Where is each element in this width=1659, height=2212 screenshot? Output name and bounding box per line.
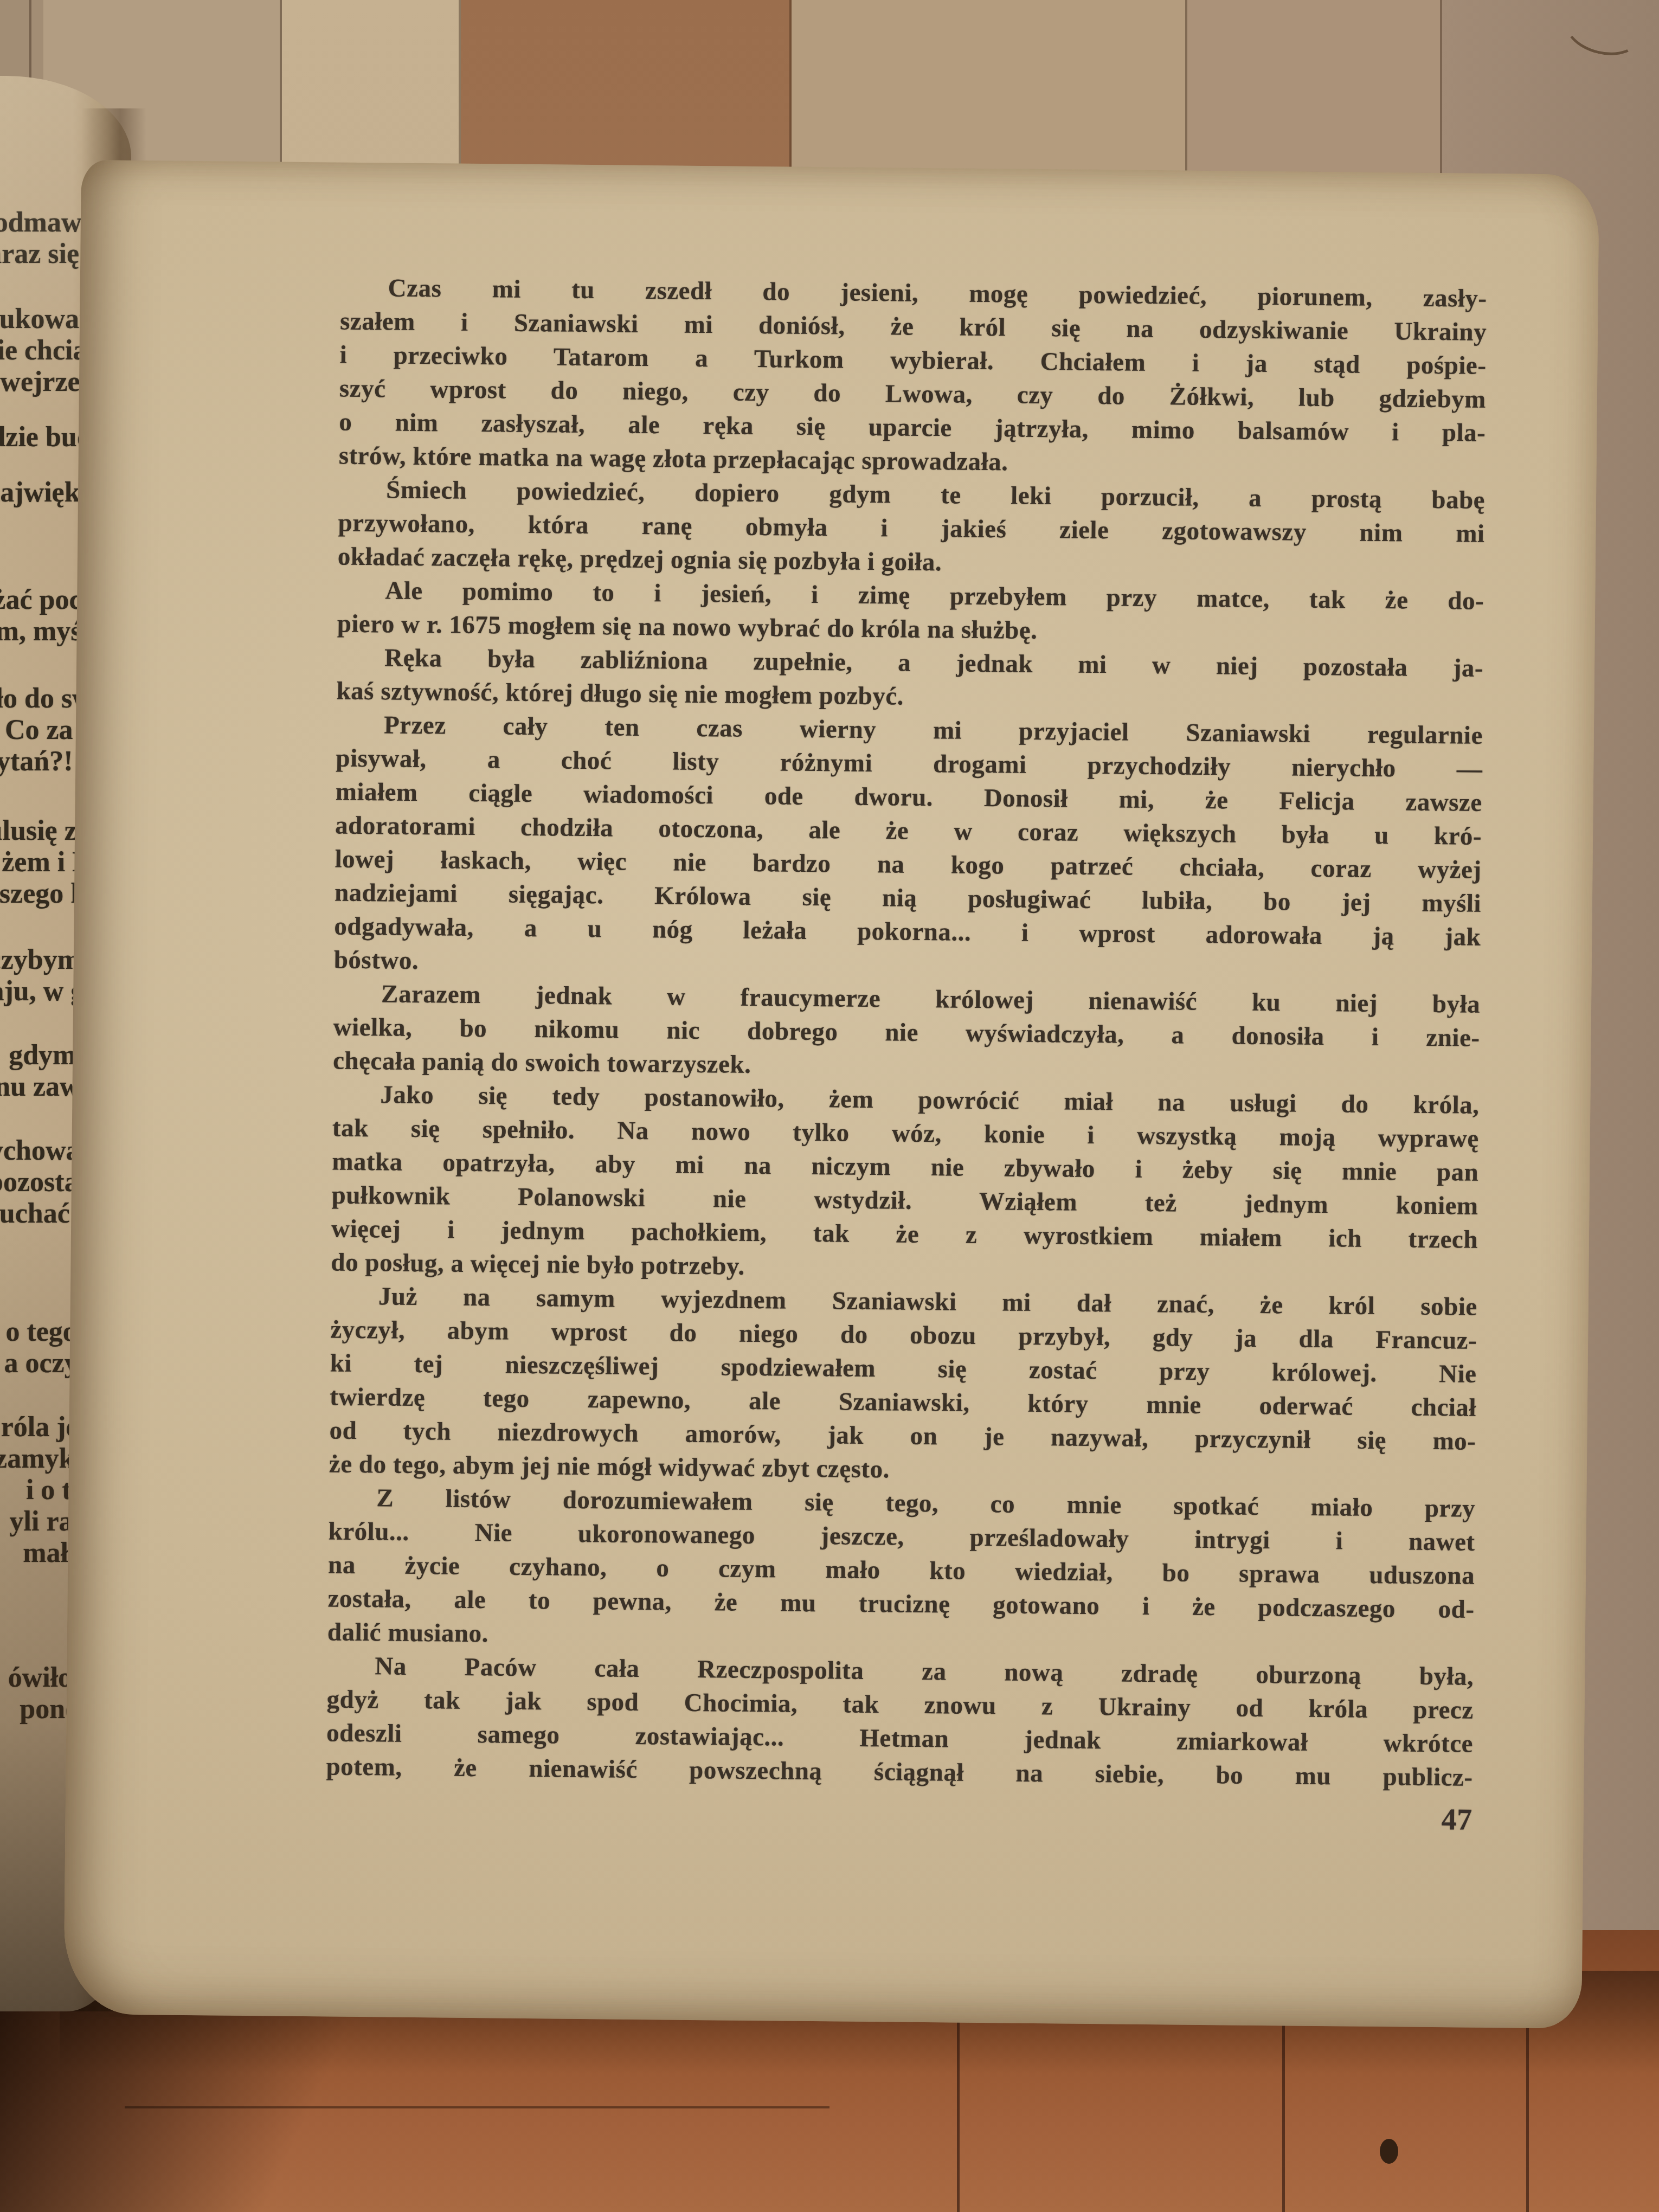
body-text: Czas mi tu zszedł do jesieni, mogę powie… [326,271,1487,1795]
book-photo: cia odmawiać, zaraz się doyedukowana,i n… [0,0,1659,2212]
right-page-text: Czas mi tu zszedł do jesieni, mogę powie… [326,271,1487,1837]
page-number: 47 [326,1792,1472,1836]
floor-knot [1380,2139,1398,2164]
right-page: Czas mi tu zszedł do jesieni, mogę powie… [63,160,1599,2029]
